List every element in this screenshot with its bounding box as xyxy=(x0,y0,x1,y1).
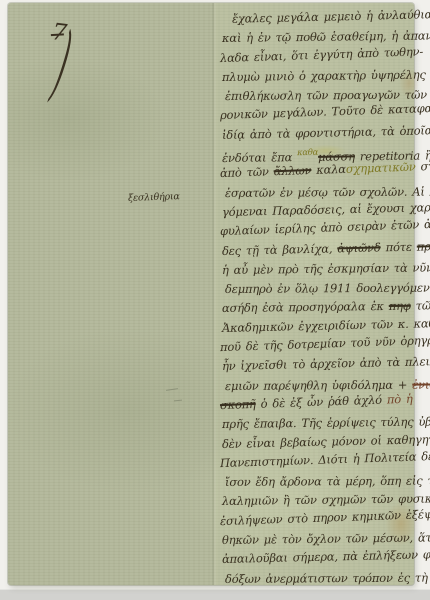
manuscript-line: δόξων ἀνερμάτιστων τρόπον ἐς τὴ xyxy=(225,568,421,589)
manuscript-text: στάσιν xyxy=(415,158,430,173)
manuscript-text: δεμπηρὸ ἐν ὅλῳ 1911 δοολεγγόμενα, xyxy=(225,281,430,297)
manuscript-line: ἡ αὖ μὲν πρὸ τῆς ἐσκμησίαν τὰ νῦν xyxy=(222,258,418,280)
manuscript-text: ἀπὸ τῶν xyxy=(220,165,274,181)
manuscript-text: ασήδη ἐσὰ προσηγόραλα ἐκ xyxy=(222,299,389,315)
manuscript-line: δες τῇ τὰ βανλίχα, ἀψιῶνδ πότε πρὸ xyxy=(222,237,418,261)
scanned-manuscript: { "page": { "number": "7", "number_suffi… xyxy=(0,0,430,600)
handwritten-text-block: ἔχαλες μεγάλα μεμειὸ ἡ ἀνλαύθιανκαὶ ἡ ἐν… xyxy=(222,10,418,589)
manuscript-correction: πρὸ xyxy=(417,239,430,253)
manuscript-text: θηκῶν μὲ τὸν ὄχλον τῶν μέσων, ἅτινα xyxy=(222,530,430,547)
manuscript-correction: ἄλλων xyxy=(273,163,311,178)
margin-insertion-note: ξεσλιθήρια xyxy=(128,192,180,203)
scanner-bed-strip xyxy=(0,589,430,600)
manuscript-text: ἴσον ἔδη ἄρδονα τὰ μέρη, ὅπη εἰς τὴν xyxy=(225,474,430,490)
manuscript-text: ὁ δὲ ἐξ ὧν ῥάθ ἀχλό xyxy=(255,392,387,410)
manuscript-line: ἀπαιλοῦβαι σήμερα, πὰ ἐπλήξεων φιλο- xyxy=(222,546,418,570)
manuscript-text: ἔχαλες μεγάλα μεμειὸ ἡ ἀνλαύθιαν xyxy=(232,7,430,26)
manuscript-text: ἰδίᾳ ἀπὸ τὰ φροντιστήρια, τὰ ὁποῖα καλὰ xyxy=(222,122,430,142)
manuscript-line: ἰδίᾳ ἀπὸ τὰ φροντιστήρια, τὰ ὁποῖα καλὰ xyxy=(222,121,418,145)
manuscript-page: 7) ξεσλιθήρια ἔχαλες μεγάλα μεμειὸ ἡ ἀνλ… xyxy=(8,3,414,585)
manuscript-text: ἦν ἰχνεῖσθι τὸ ἀρχεῖον ἀπὸ τὰ πλειλ- xyxy=(222,354,430,373)
manuscript-text: ἡ αὖ μὲν πρὸ τῆς ἐσκμησίαν τὰ νῦν xyxy=(222,260,430,277)
manuscript-text: λαδα εἶναι, ὅτι ἐγγύτη ἀπὸ τωθην- xyxy=(220,44,424,65)
manuscript-correction: ἀψιῶνδ xyxy=(337,240,381,255)
manuscript-text: πρῆς ἔπαιβα. Τῆς ἐρρίψεις τύλης ὐβάλω xyxy=(222,414,430,431)
manuscript-text: ἐσρατῶν ἐν μέσῳ τῶν σχολῶν. Αἱ λε- xyxy=(225,184,430,200)
manuscript-text: δόξων ἀνερμάτιστων τρόπον ἐς τὴ xyxy=(225,570,428,585)
manuscript-correction: σχηματικῶν xyxy=(346,160,416,176)
manuscript-correction: καθα xyxy=(297,148,318,158)
manuscript-text: πλυμὼ μινιὸ ὁ χαρακτὴρ ὑψηρέλης xyxy=(222,67,426,83)
manuscript-line: πλυμὼ μινιὸ ὁ χαρακτὴρ ὑψηρέλης xyxy=(222,65,418,87)
manuscript-correction: σκοπῆ xyxy=(220,397,256,412)
manuscript-text: ἀπαιλοῦβαι σήμερα, πὰ ἐπλήξεων φιλο- xyxy=(222,547,430,566)
manuscript-text: πότε xyxy=(381,239,417,254)
manuscript-correction: πηφ xyxy=(389,299,411,313)
faint-pencil-marks xyxy=(166,385,192,407)
page-number: 7) xyxy=(52,19,77,45)
manuscript-text: τῶν xyxy=(411,299,430,313)
manuscript-text: καλα xyxy=(311,162,346,177)
manuscript-line: ἔχαλες μεγάλα μεμειὸ ἡ ἀνλαύθιαν xyxy=(222,6,418,30)
manuscript-line: ἦν ἰχνεῖσθι τὸ ἀρχεῖον ἀπὸ τὰ πλειλ- xyxy=(222,353,418,377)
manuscript-correction: πὸ ἡ xyxy=(387,392,413,407)
manuscript-text: δες τῇ τὰ βανλίχα, xyxy=(222,241,338,258)
vertical-fold-crease xyxy=(212,3,216,585)
